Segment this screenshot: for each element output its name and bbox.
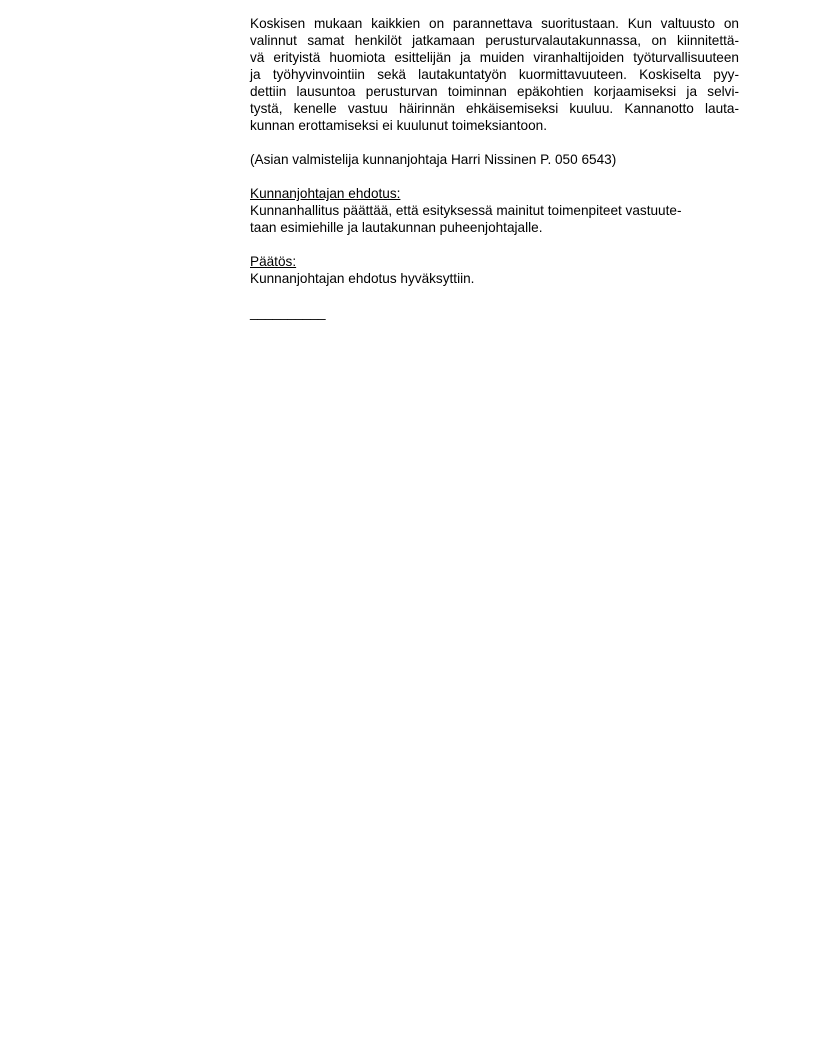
- decision-text: Kunnanjohtajan ehdotus hyväksyttiin.: [250, 270, 739, 287]
- proposal-line: Kunnanhallitus päättää, että esityksessä…: [250, 202, 739, 219]
- proposal-line: taan esimiehille ja lautakunnan puheenjo…: [250, 219, 739, 236]
- spacer: [250, 134, 739, 151]
- paragraph-line: kunnan erottamiseksi ei kuulunut toimeks…: [250, 117, 739, 134]
- paragraph-line: vä erityistä huomiota esittelijän ja mui…: [250, 49, 739, 66]
- paragraph-line: valinnut samat henkilöt jatkamaan perust…: [250, 32, 739, 49]
- end-rule: __________: [250, 304, 739, 321]
- proposal-heading: Kunnanjohtajan ehdotus:: [250, 185, 739, 202]
- decision-heading: Päätös:: [250, 253, 739, 270]
- proposal-text: Kunnanhallitus päättää, että esityksessä…: [250, 202, 739, 236]
- paragraph-line: ja työhyvinvointiin sekä lautakuntatyön …: [250, 66, 739, 83]
- spacer: [250, 287, 739, 304]
- spacer: [250, 168, 739, 185]
- preparer-note: (Asian valmistelija kunnanjohtaja Harri …: [250, 151, 739, 168]
- document-page: Koskisen mukaan kaikkien on parannettava…: [250, 15, 739, 321]
- spacer: [250, 236, 739, 253]
- paragraph-line: Koskisen mukaan kaikkien on parannettava…: [250, 15, 739, 32]
- paragraph-line: tystä, kenelle vastuu häirinnän ehkäisem…: [250, 100, 739, 117]
- paragraph-line: dettiin lausuntoa perusturvan toiminnan …: [250, 83, 739, 100]
- statement-paragraph: Koskisen mukaan kaikkien on parannettava…: [250, 15, 739, 134]
